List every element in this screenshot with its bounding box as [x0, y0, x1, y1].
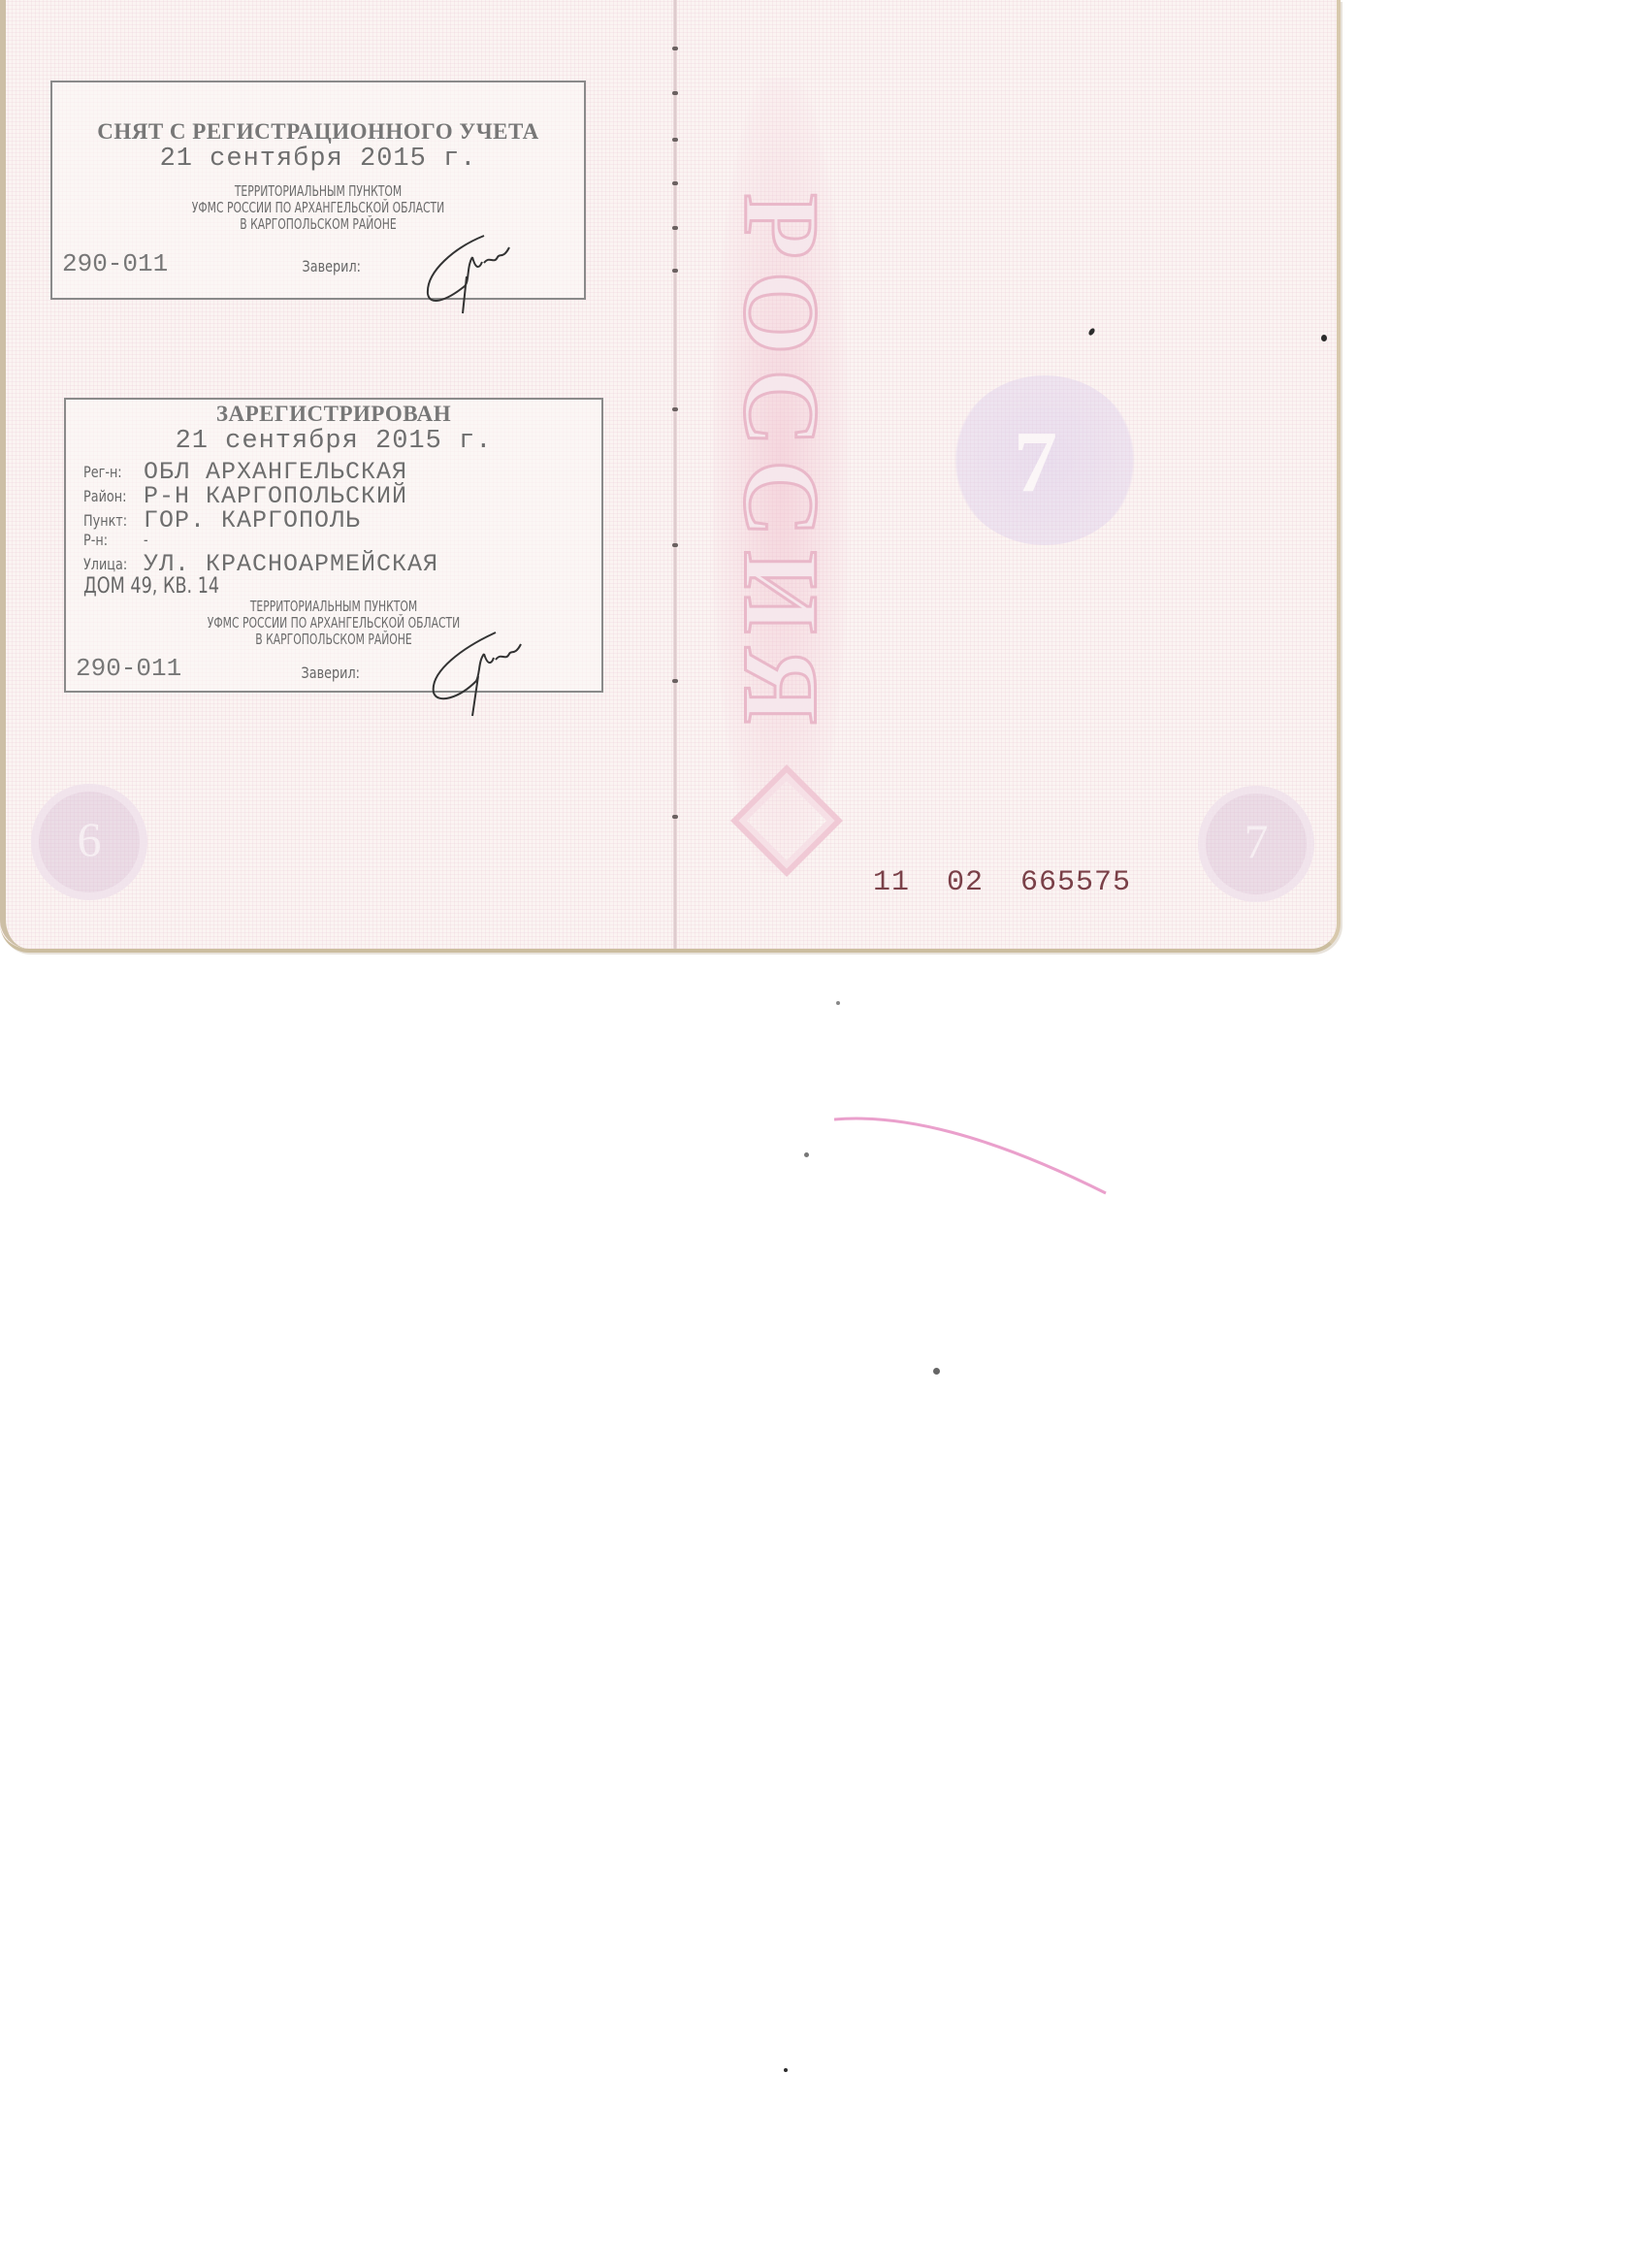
signature-icon [420, 623, 546, 720]
stitch [672, 181, 678, 185]
speck [784, 2068, 788, 2072]
stamp-registered: ЗАРЕГИСТРИРОВАН 21 сентября 2015 г. Рег-… [64, 398, 603, 693]
rosette-ornament-icon: 6 [21, 774, 157, 910]
stitch [672, 679, 678, 683]
stitch [672, 407, 678, 411]
stitch [672, 269, 678, 273]
stamp-org-line: ТЕРРИТОРИАЛЬНЫМ ПУНКТОМ [106, 183, 531, 200]
stamp-org-line: УФМС РОССИИ ПО АРХАНГЕЛЬСКОЙ ОБЛАСТИ [106, 200, 531, 216]
address-label: Улица: [83, 555, 132, 573]
page-number-right: 7 [1188, 813, 1324, 869]
address-house: ДОМ 49, КВ. 14 [83, 574, 219, 599]
address-row-street: Улица:УЛ. КРАСНОАРМЕЙСКАЯ [83, 550, 601, 574]
address-row-region: Рег-н:ОБЛ АРХАНГЕЛЬСКАЯ [83, 458, 601, 482]
address-label: Пункт: [83, 511, 132, 530]
stitch [672, 138, 678, 142]
address-label: Рег-н: [83, 463, 132, 481]
stamp-header: СНЯТ С РЕГИСТРАЦИОННОГО УЧЕТА [52, 119, 584, 145]
rosette-ornament-icon: 7 [1188, 776, 1324, 912]
watermark-russia: РОССИЯ [720, 193, 843, 737]
stitch [672, 47, 678, 50]
address-row-subdistrict: Р-н:- [83, 531, 601, 550]
stamp-code: 290-011 [62, 249, 168, 278]
passport-series-number: 11 02 665575 [873, 866, 1131, 899]
passport-spread: СНЯТ С РЕГИСТРАЦИОННОГО УЧЕТА 21 сентябр… [0, 0, 1341, 953]
stamp-org-line: ТЕРРИТОРИАЛЬНЫМ ПУНКТОМ [119, 599, 548, 615]
stamp-code: 290-011 [76, 654, 181, 683]
signature-icon [416, 228, 523, 315]
address-row-district: Район:Р-Н КАРГОПОЛЬСКИЙ [83, 482, 601, 506]
stamp-date: 21 сентября 2015 г. [52, 145, 584, 174]
address-value: - [144, 531, 148, 549]
speck [1321, 335, 1327, 341]
address-label: Р-н: [83, 531, 132, 549]
certified-label: Заверил: [302, 664, 360, 682]
address-row-locality: Пункт:ГОР. КАРГОПОЛЬ [83, 506, 601, 531]
stamp-date: 21 сентября 2015 г. [66, 427, 601, 456]
stamp-deregistered: СНЯТ С РЕГИСТРАЦИОННОГО УЧЕТА 21 сентябр… [50, 81, 586, 300]
passport-spine [673, 0, 677, 949]
pink-ink-stroke [815, 1106, 1125, 1203]
address-row-house: ДОМ 49, КВ. 14 [83, 574, 601, 599]
speck [836, 1001, 840, 1005]
stitch [672, 543, 678, 547]
stitch [672, 815, 678, 819]
address-label: Район: [83, 487, 132, 505]
speck [804, 1152, 809, 1157]
page-number-large: 7 [1014, 412, 1057, 512]
stitch [672, 226, 678, 230]
page-number-left: 6 [21, 811, 157, 867]
stamp-header: ЗАРЕГИСТРИРОВАН [66, 402, 601, 427]
speck [933, 1368, 940, 1375]
certified-label: Заверил: [303, 257, 361, 275]
stitch [672, 91, 678, 95]
